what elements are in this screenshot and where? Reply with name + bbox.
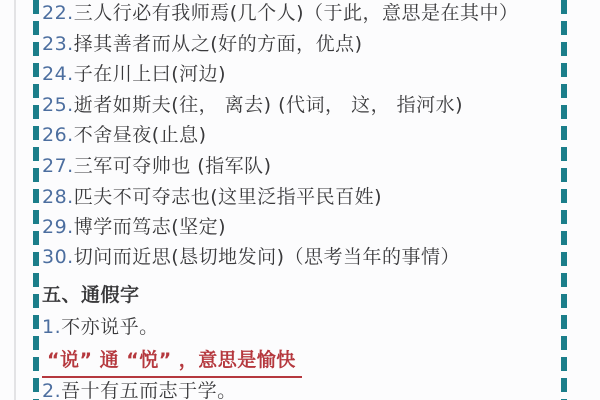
item-text: 三军可夺帅也 (指军队)	[74, 155, 272, 177]
list-item: 23.择其善者而从之(好的方面，优点)	[42, 32, 363, 56]
list-item: 28.匹夫不可夺志也(这里泛指平民百姓)	[42, 185, 382, 209]
list-item: 27.三军可夺帅也 (指军队)	[42, 154, 272, 178]
item-text: 匹夫不可夺志也(这里泛指平民百姓)	[74, 186, 382, 208]
item-number: 25.	[42, 94, 74, 116]
list-item: 22.三人行必有我师焉(几个人)（于此，意思是在其中）	[42, 1, 519, 25]
item-number: 26.	[42, 124, 74, 146]
item-text: 切问而近思(恳切地发问)（思考当年的事情）	[74, 246, 460, 268]
item-number: 27.	[42, 155, 74, 177]
item-text: 择其善者而从之(好的方面，优点)	[74, 33, 363, 55]
list-item: 26.不舍昼夜(止息)	[42, 123, 207, 147]
item-text: 博学而笃志(坚定)	[74, 216, 226, 238]
list-item: 1.不亦说乎。	[42, 315, 159, 339]
page-edge-line	[14, 0, 16, 400]
item-number: 28.	[42, 186, 74, 208]
list-item: 2.吾十有五而志于学。	[42, 379, 237, 400]
item-number: 2.	[42, 380, 61, 400]
red-annotation: “说” 通 “悦” ，意思是愉快	[42, 348, 302, 378]
item-number: 30.	[42, 246, 74, 268]
item-number: 29.	[42, 216, 74, 238]
right-dashed-border	[561, 0, 567, 400]
list-item: 25.逝者如斯夫(往， 离去) (代词， 这， 指河水)	[42, 93, 463, 117]
item-number: 23.	[42, 33, 74, 55]
section-heading: 五、通假字	[42, 283, 140, 307]
item-text: 三人行必有我师焉(几个人)（于此，意思是在其中）	[74, 2, 519, 24]
item-number: 24.	[42, 63, 74, 85]
item-number: 1.	[42, 316, 61, 338]
red-annotation-line: “说” 通 “悦” ，意思是愉快	[42, 348, 302, 378]
item-text: 吾十有五而志于学。	[61, 380, 237, 400]
item-text: 子在川上曰(河边)	[74, 63, 226, 85]
left-dashed-border	[33, 0, 39, 400]
item-text: 不舍昼夜(止息)	[74, 124, 207, 146]
list-item: 24.子在川上曰(河边)	[42, 62, 226, 86]
item-text: 不亦说乎。	[61, 316, 159, 338]
list-item: 29.博学而笃志(坚定)	[42, 215, 226, 239]
item-text: 逝者如斯夫(往， 离去) (代词， 这， 指河水)	[74, 94, 463, 116]
list-item: 30.切问而近思(恳切地发问)（思考当年的事情）	[42, 245, 460, 269]
notes-content: 22.三人行必有我师焉(几个人)（于此，意思是在其中） 23.择其善者而从之(好…	[42, 0, 557, 400]
item-number: 22.	[42, 2, 74, 24]
